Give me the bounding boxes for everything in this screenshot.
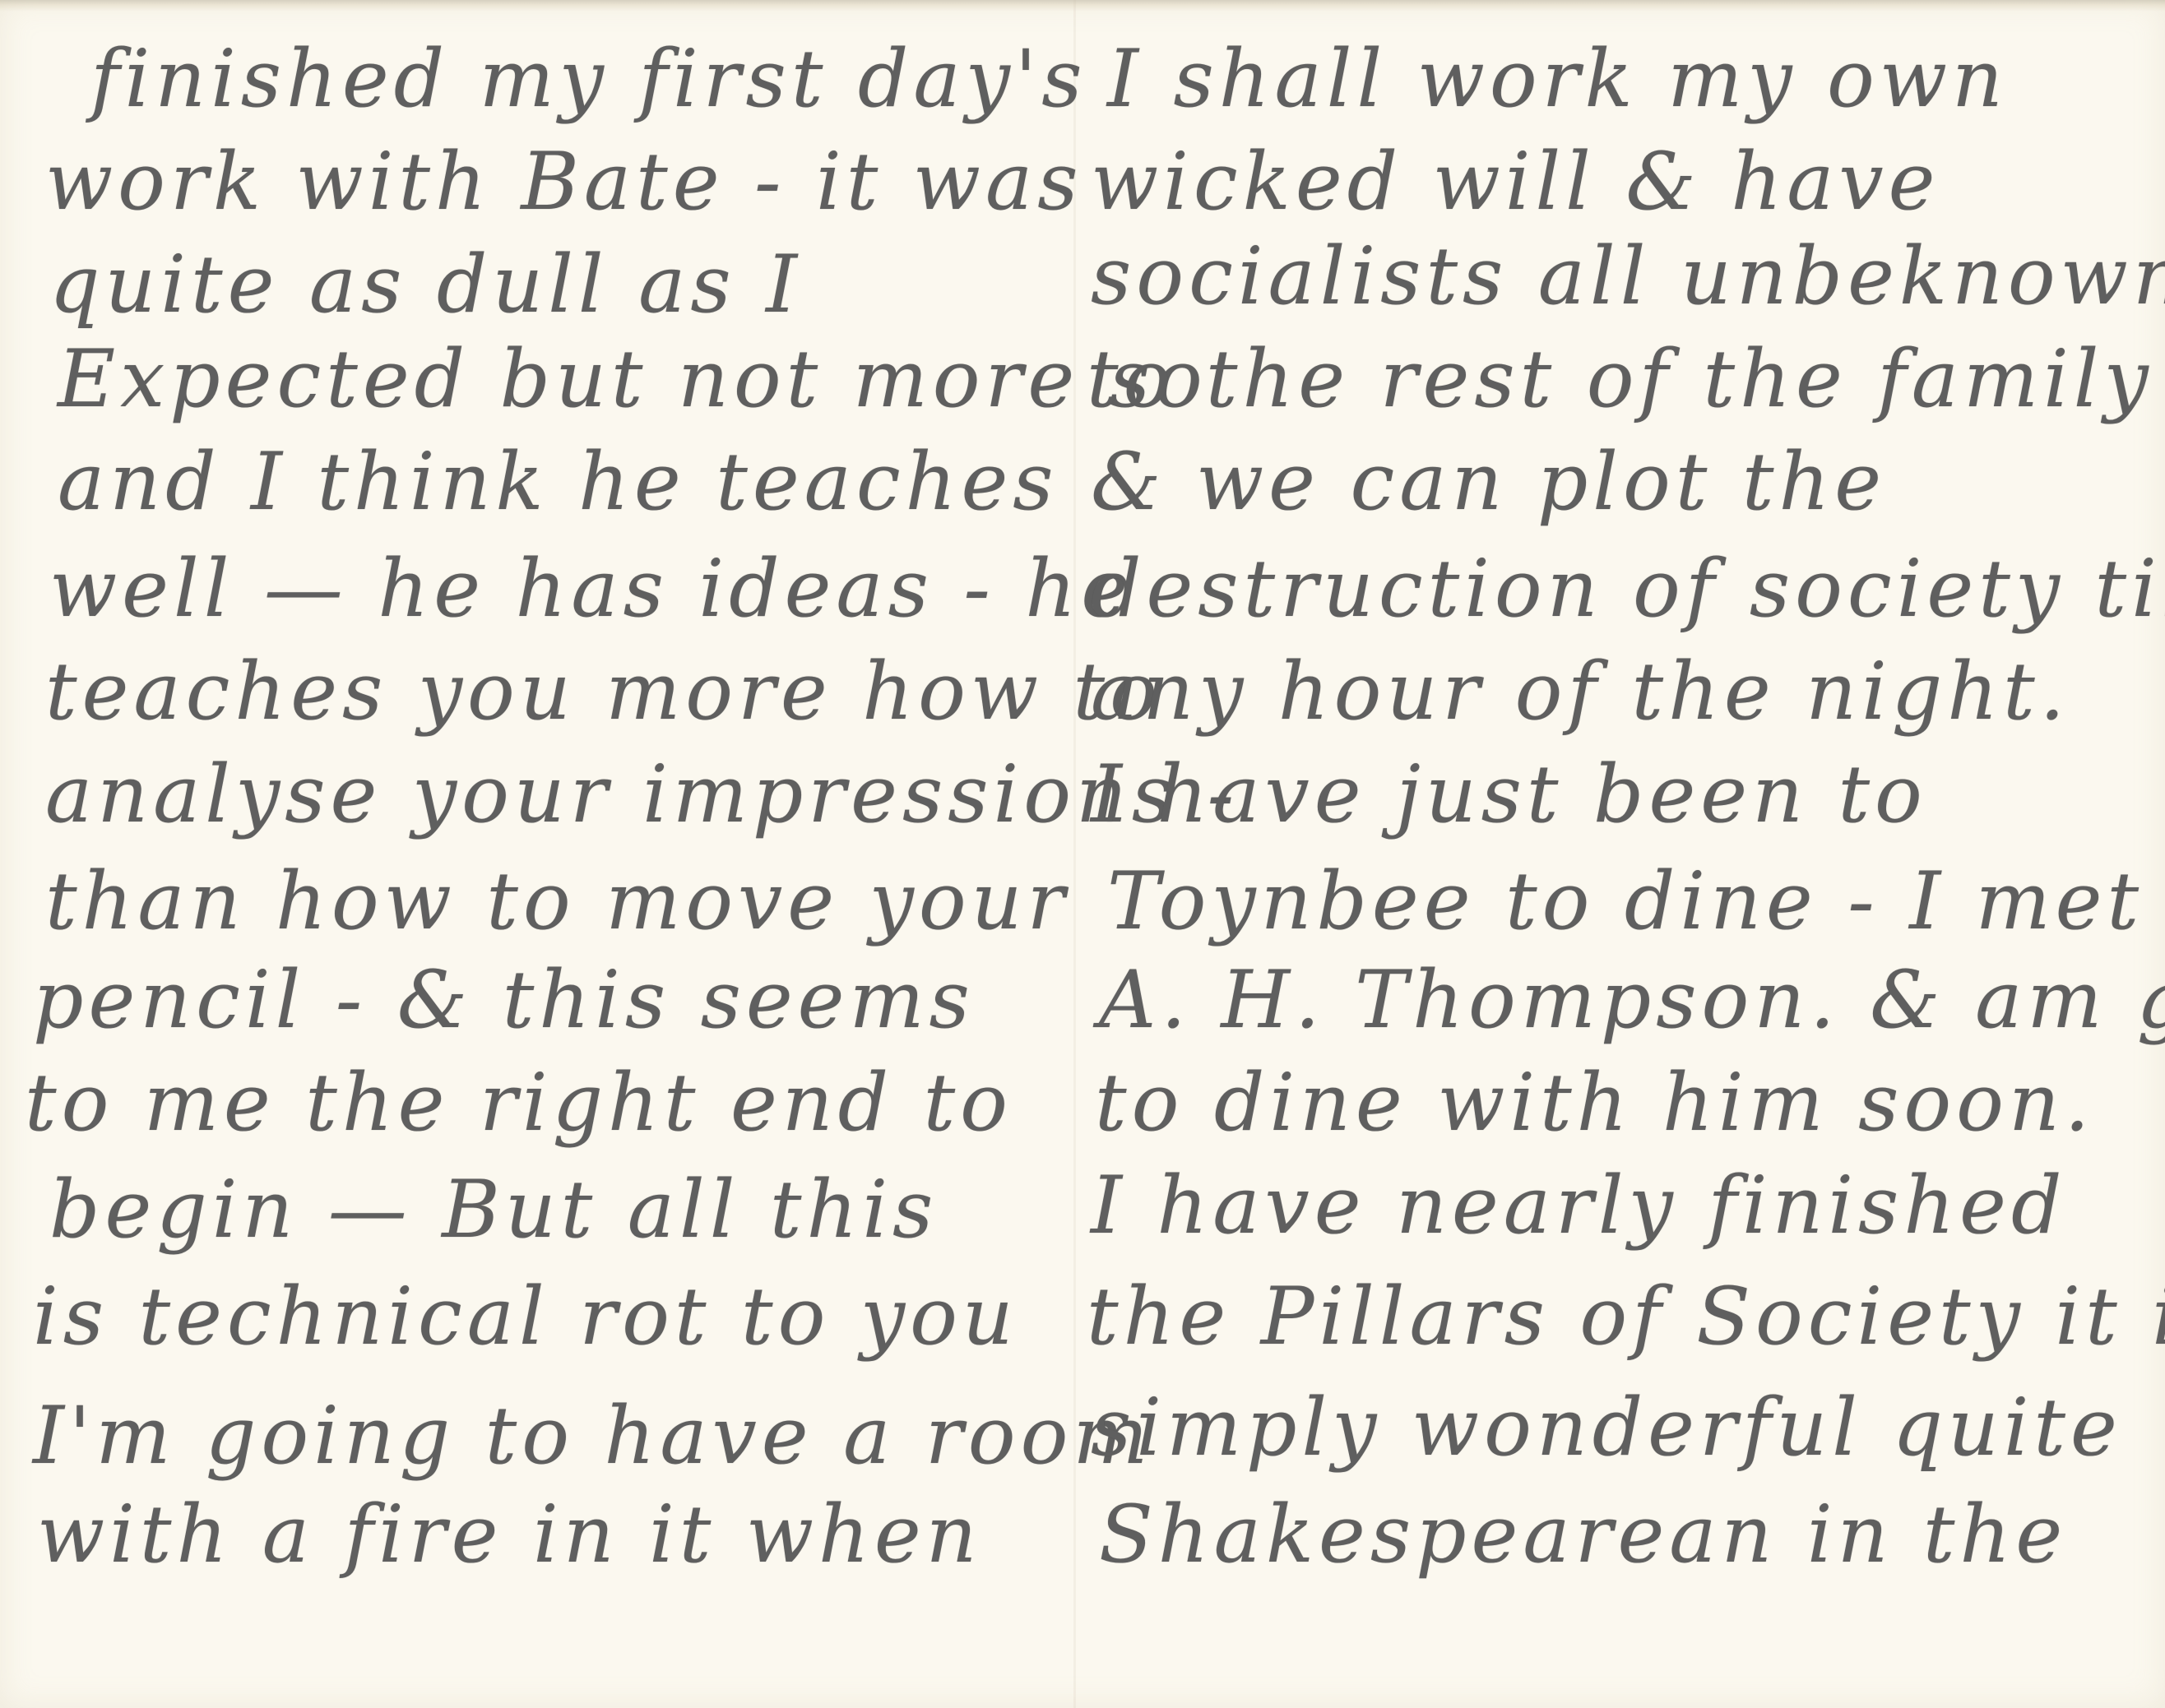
handwritten-line: than how to move your xyxy=(45,855,1069,947)
handwritten-line: simply wonderful quite xyxy=(1091,1382,2122,1474)
handwritten-line: well — he has ideas - he xyxy=(49,543,1133,635)
handwritten-line: quite as dull as I xyxy=(49,238,802,331)
handwritten-line: socialists all unbeknown xyxy=(1091,230,2165,322)
handwritten-line: I'm going to have a room xyxy=(33,1390,1152,1482)
handwritten-line: and I think he teaches xyxy=(58,436,1059,528)
handwritten-line: I shall work my own xyxy=(1107,33,2008,125)
letter-page: finished my first day's work with Bate -… xyxy=(0,0,2165,1708)
handwritten-line: wicked will & have xyxy=(1091,136,1940,228)
handwritten-line: Shakespearean in the xyxy=(1099,1488,2067,1581)
handwritten-line: to dine with him soon. xyxy=(1095,1057,2094,1149)
handwritten-line: pencil - & this seems xyxy=(33,954,975,1046)
handwritten-line: I have just been to xyxy=(1091,748,1927,840)
handwritten-line: teaches you more how to xyxy=(45,646,1162,738)
handwritten-line: Toynbee to dine - I met xyxy=(1107,855,2144,947)
handwritten-line: & we can plot the xyxy=(1091,436,1886,528)
handwritten-line: finished my first day's xyxy=(90,33,1087,125)
handwritten-line: to me the right end to xyxy=(25,1057,1013,1149)
handwritten-line: destruction of society till xyxy=(1091,543,2165,635)
handwritten-line: work with Bate - it was xyxy=(45,136,1082,228)
handwritten-line: the Pillars of Society it is xyxy=(1087,1271,2165,1363)
handwritten-line: begin — But all this xyxy=(49,1164,938,1256)
handwritten-line: A. H. Thompson. & am going xyxy=(1099,954,2165,1046)
handwritten-line: to the rest of the family xyxy=(1087,333,2153,425)
handwritten-line: I have nearly finished xyxy=(1091,1159,2066,1252)
handwritten-line: any hour of the night. xyxy=(1091,646,2070,738)
handwritten-line: Expected but not more so xyxy=(58,333,1208,425)
handwritten-line: analyse your impressions - xyxy=(45,748,1239,840)
handwritten-line: is technical rot to you xyxy=(33,1271,1018,1363)
handwritten-line: with a fire in it when xyxy=(37,1488,981,1581)
